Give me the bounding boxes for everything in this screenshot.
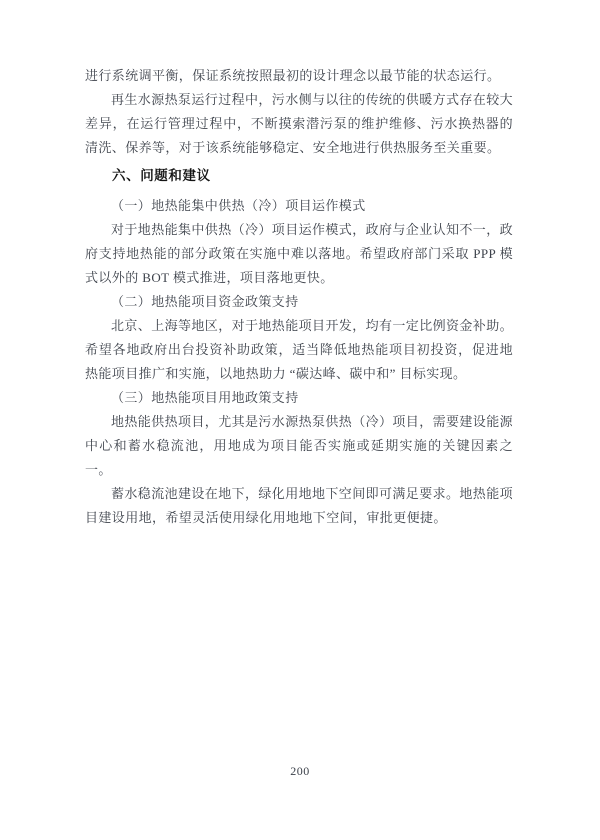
subsection-heading: （二）地热能项目资金政策支持 — [85, 290, 513, 314]
page-content: 进行系统调平衡，保证系统按照最初的设计理念以最节能的状态运行。再生水源热泵运行过… — [85, 64, 513, 530]
paragraph: 地热能供热项目，尤其是污水源热泵供热（冷）项目，需要建设能源中心和蓄水稳流池，用… — [85, 410, 513, 482]
paragraph: 北京、上海等地区，对于地热能项目开发，均有一定比例资金补助。希望各地政府出台投资… — [85, 314, 513, 386]
paragraph: 再生水源热泵运行过程中，污水侧与以往的传统的供暖方式存在较大差异，在运行管理过程… — [85, 88, 513, 160]
section-heading: 六、问题和建议 — [85, 164, 513, 188]
subsection-heading: （一）地热能集中供热（冷）项目运作模式 — [85, 194, 513, 218]
subsection-heading: （三）地热能项目用地政策支持 — [85, 386, 513, 410]
paragraph: 对于地热能集中供热（冷）项目运作模式，政府与企业认知不一，政府支持地热能的部分政… — [85, 218, 513, 290]
page-number: 200 — [290, 764, 310, 778]
paragraph: 进行系统调平衡，保证系统按照最初的设计理念以最节能的状态运行。 — [85, 64, 513, 88]
paragraph: 蓄水稳流池建设在地下，绿化用地地下空间即可满足要求。地热能项目建设用地，希望灵活… — [85, 482, 513, 530]
page-footer: 200 — [0, 762, 600, 780]
document-page: 进行系统调平衡，保证系统按照最初的设计理念以最节能的状态运行。再生水源热泵运行过… — [0, 0, 600, 840]
